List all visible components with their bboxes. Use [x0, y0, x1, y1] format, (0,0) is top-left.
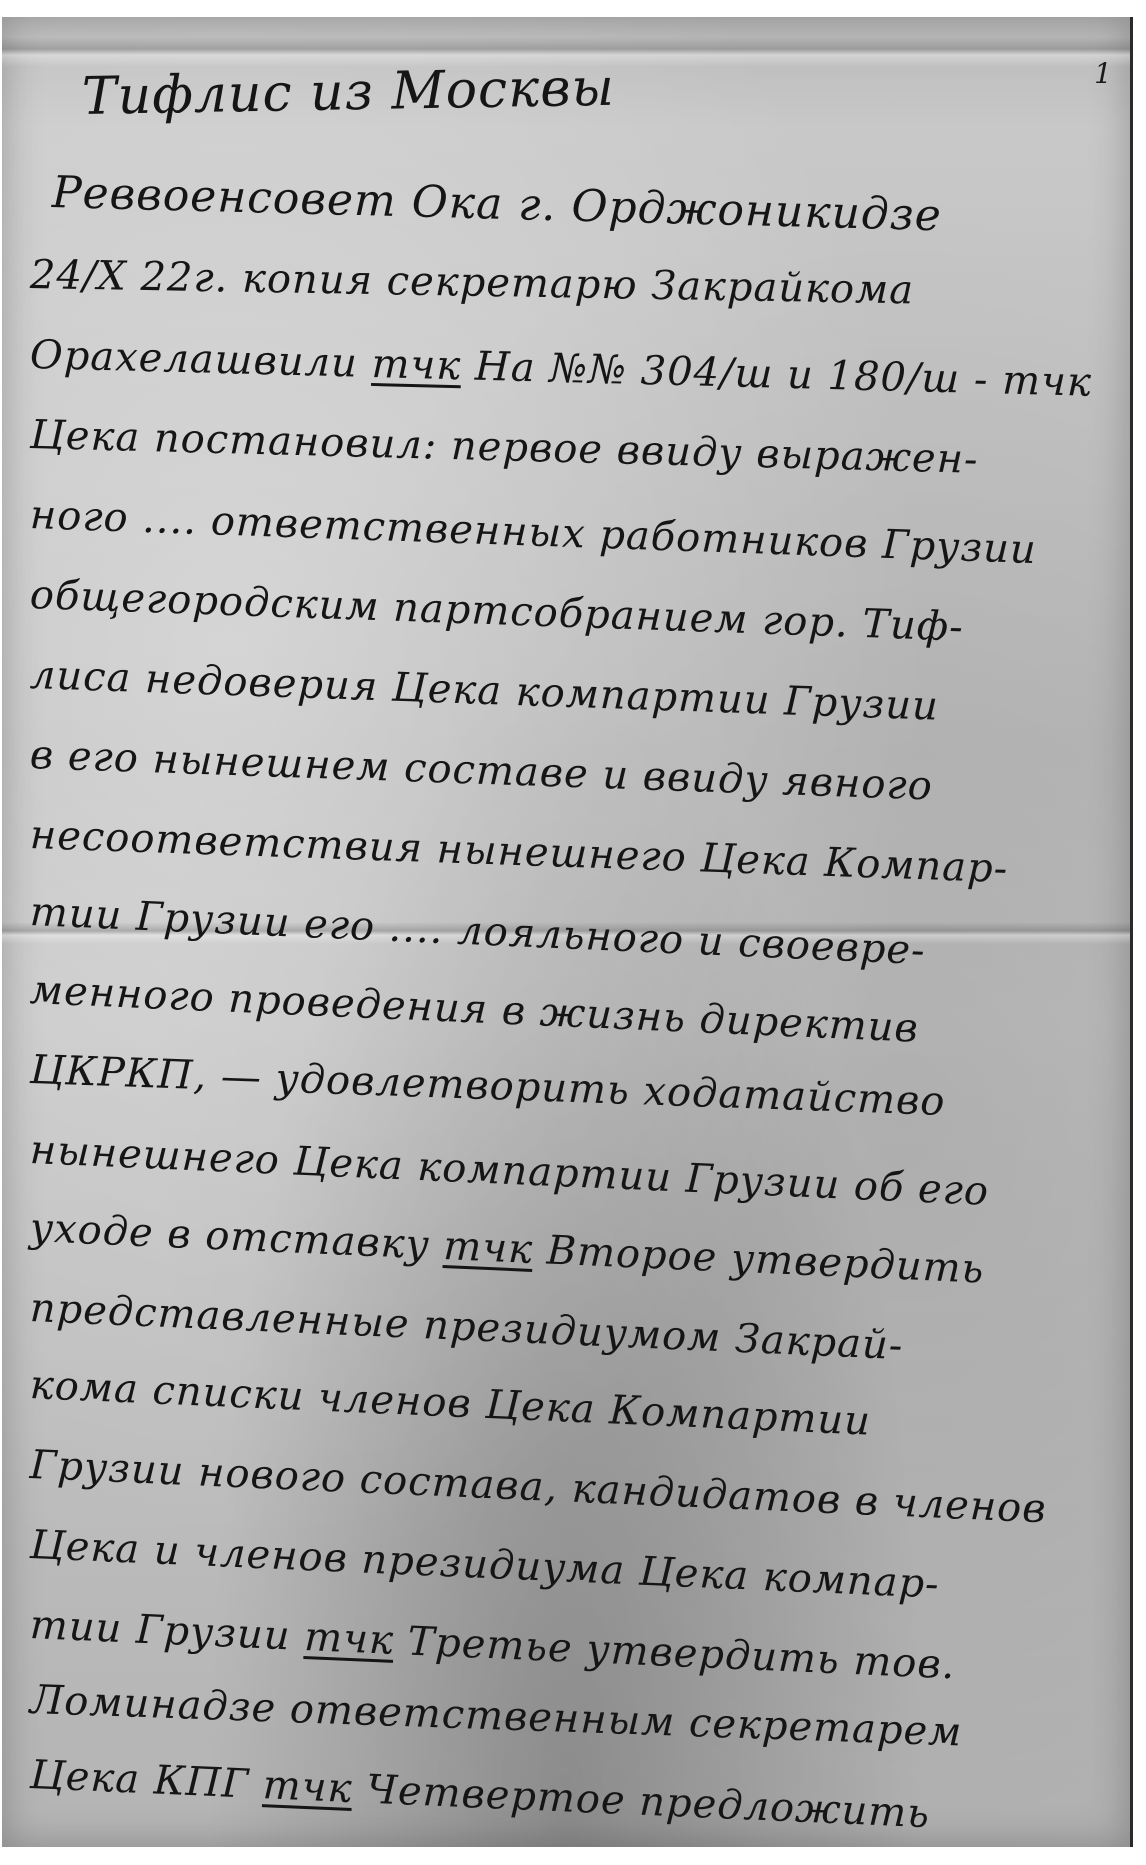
text-line: Цека и членов президиума Цека компар-	[29, 1522, 941, 1608]
text-segment: Цека КПГ	[29, 1752, 250, 1808]
text-line: тии Грузии его .... лояльного и своевре-	[29, 889, 927, 974]
text-line: несоответствия нынешнего Цека Компар-	[29, 812, 1009, 892]
text-line: Ломинадзе ответственным секретарем	[29, 1677, 963, 1756]
underlined-abbrev: тчк	[303, 1614, 395, 1664]
text-line: нынешнего Цека компартии Грузии об его	[29, 1127, 990, 1215]
text-line: Цека КПГ тчк Четвертое предложить	[29, 1752, 931, 1837]
document-page: 1 Тифлис из Москвы Реввоенсовет Ока г. О…	[2, 17, 1133, 1847]
text-line: лиса недоверия Цека компартии Грузии	[29, 652, 939, 730]
text-line: общегородским партсобранием гор. Тиф-	[29, 572, 964, 651]
text-segment: тии Грузии	[29, 1602, 292, 1659]
text-line: уходе в отставку тчк Второе утвердить	[29, 1205, 985, 1293]
text-line: представленные президиумом Закрай-	[29, 1285, 904, 1369]
text-line: Грузии нового состава, кандидатов в член…	[29, 1442, 1048, 1532]
text-line: тии Грузии тчк Третье утвердить тов.	[29, 1602, 956, 1688]
text-line: менного проведения в жизнь директив	[29, 967, 920, 1052]
text-line: ного .... ответственных работников Грузи…	[29, 492, 1037, 573]
text-line: Орахелашвили тчк На №№ 304/ш и 180/ш - т…	[29, 332, 1092, 406]
text-line: кома списки членов Цека Компартии	[29, 1362, 872, 1445]
text-segment: Третье утвердить тов.	[407, 1619, 957, 1689]
document-heading: Тифлис из Москвы	[81, 58, 615, 127]
underlined-abbrev: тчк	[262, 1762, 354, 1812]
text-line: в его нынешнем составе и ввиду явного	[29, 732, 933, 809]
text-line: 24/X 22г. копия секретарю Закрайкома	[30, 252, 915, 313]
text-segment: Второе утвердить	[546, 1228, 986, 1293]
underlined-abbrev: тчк	[442, 1223, 534, 1273]
text-segment: На №№ 304/ш и 180/ш - тчк	[474, 344, 1092, 406]
text-segment: уходе в отставку	[29, 1205, 431, 1268]
addressee-line: Реввоенсовет Ока г. Орджоникидзе	[51, 167, 942, 241]
text-line: ЦКРКП, — удовлетворить ходатайство	[29, 1047, 946, 1125]
text-segment: Орахелашвили	[29, 332, 358, 387]
underlined-abbrev: тчк	[371, 341, 462, 389]
text-segment: Четвертое предложить	[365, 1767, 931, 1838]
text-line: Цека постановил: первое ввиду выражен-	[29, 412, 979, 483]
page-number: 1	[1094, 57, 1112, 90]
